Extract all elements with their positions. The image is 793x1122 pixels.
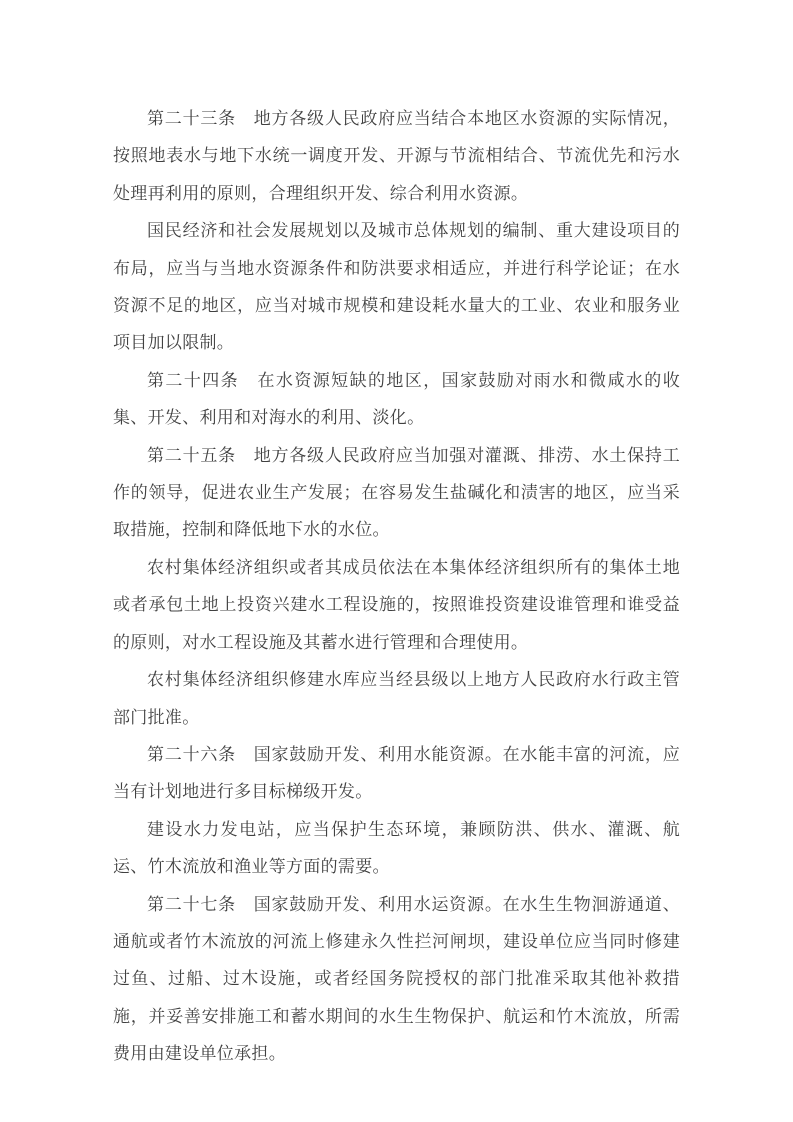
law-paragraph: 农村集体经济组织修建水库应当经县级以上地方人民政府水行政主管部门批准。 bbox=[113, 661, 680, 736]
document-page: 第二十三条 地方各级人民政府应当结合本地区水资源的实际情况，按照地表水与地下水统… bbox=[0, 0, 793, 1122]
law-paragraph: 建设水力发电站，应当保护生态环境，兼顾防洪、供水、灌溉、航运、竹木流放和渔业等方… bbox=[113, 811, 680, 886]
law-paragraph: 农村集体经济组织或者其成员依法在本集体经济组织所有的集体土地或者承包土地上投资兴… bbox=[113, 549, 680, 661]
document-body-text: 第二十三条 地方各级人民政府应当结合本地区水资源的实际情况，按照地表水与地下水统… bbox=[113, 100, 680, 1073]
law-paragraph: 国民经济和社会发展规划以及城市总体规划的编制、重大建设项目的布局，应当与当地水资… bbox=[113, 212, 680, 362]
law-paragraph: 第二十四条 在水资源短缺的地区，国家鼓励对雨水和微咸水的收集、开发、利用和对海水… bbox=[113, 362, 680, 437]
law-paragraph: 第二十六条 国家鼓励开发、利用水能资源。在水能丰富的河流，应当有计划地进行多目标… bbox=[113, 736, 680, 811]
law-paragraph: 第二十七条 国家鼓励开发、利用水运资源。在水生生物洄游通道、通航或者竹木流放的河… bbox=[113, 886, 680, 1073]
law-paragraph: 第二十五条 地方各级人民政府应当加强对灌溉、排涝、水土保持工作的领导，促进农业生… bbox=[113, 437, 680, 549]
law-paragraph: 第二十三条 地方各级人民政府应当结合本地区水资源的实际情况，按照地表水与地下水统… bbox=[113, 100, 680, 212]
